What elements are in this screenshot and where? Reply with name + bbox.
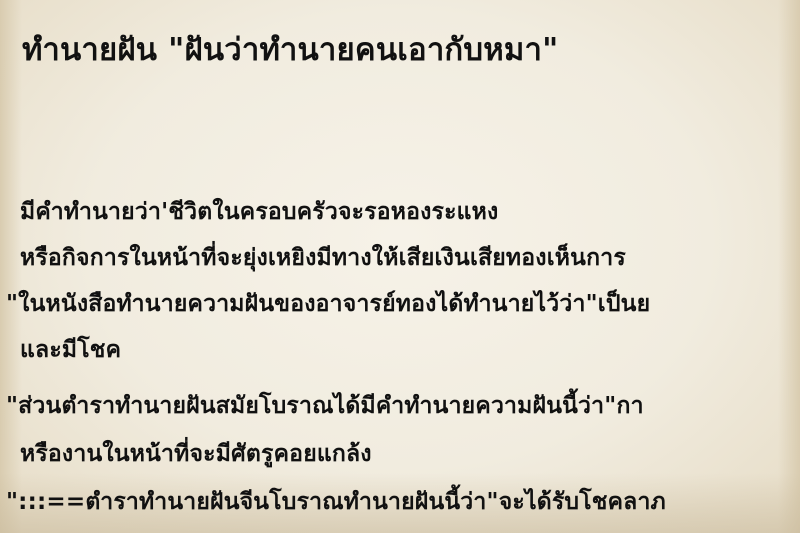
text-line-5: "ส่วนตำราทำนายฝันสมัยโบราณได้มีคำทำนายคว…: [6, 388, 644, 424]
page-title: ทำนายฝัน "ฝันว่าทำนายคนเอากับหมา": [22, 24, 559, 74]
text-line-3: "ในหนังสือทำนายความฝันของอาจารย์ทองได้ทำ…: [6, 286, 650, 322]
text-line-7: ":::==ตำราทำนายฝันจีนโบราณทำนายฝันนี้ว่า…: [6, 484, 666, 520]
text-line-1: มีคำทำนายว่า'ชีวิตในครอบครัวจะรอหองระแหง: [20, 194, 498, 230]
paper-edge-left: [0, 0, 22, 533]
text-line-2: หรือกิจการในหน้าที่จะยุ่งเหยิงมีทางให้เส…: [20, 240, 626, 276]
paper-edge-right: [778, 0, 800, 533]
text-line-4: และมีโชค: [20, 332, 121, 368]
text-line-6: หรืองานในหน้าที่จะมีศัตรูคอยแกล้ง: [20, 436, 372, 472]
